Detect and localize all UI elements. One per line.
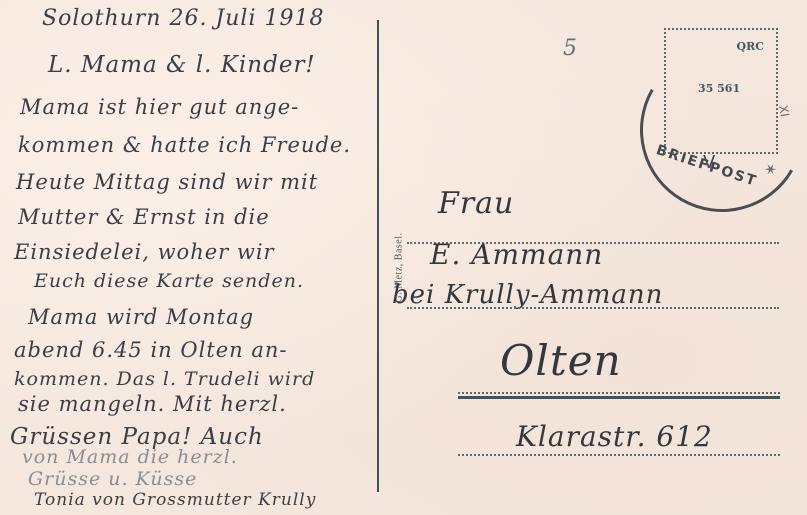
message-line: Tonia von Grossmutter Krully	[34, 490, 316, 510]
address-line-5: Klarastr. 612	[516, 420, 713, 453]
address-dotted-line	[458, 392, 780, 394]
message-line: Einsiedelei, woher wir	[14, 240, 275, 264]
salutation: L. Mama & l. Kinder!	[48, 52, 316, 78]
message-line: Euch diese Karte senden.	[34, 270, 304, 292]
message-line: kommen. Das l. Trudeli wird	[14, 368, 315, 390]
message-line: sie mangeln. Mit herzl.	[18, 392, 287, 416]
message-line: Grüsse u. Küsse	[28, 468, 197, 490]
center-divider	[377, 20, 379, 492]
stamp-number: 35 561	[698, 82, 740, 95]
rate-mark: 5	[563, 36, 577, 61]
address-dotted-line	[407, 307, 779, 309]
stamp-code: QRC	[737, 40, 764, 53]
address-line-2: E. Ammann	[430, 238, 603, 271]
message-line: kommen & hatte ich Freude.	[18, 133, 351, 157]
address-dotted-line	[458, 454, 780, 456]
postmark-side-text: XI	[776, 104, 792, 118]
message-line: Mama ist hier gut ange-	[20, 95, 299, 119]
message-line: abend 6.45 in Olten an-	[14, 338, 288, 362]
message-line: von Mama die herzl.	[22, 446, 238, 468]
stamp-box: QRC 35 561	[664, 28, 778, 154]
message-line: Heute Mittag sind wir mit	[16, 170, 318, 194]
place-date: Solothurn 26. Juli 1918	[42, 6, 324, 31]
address-line-1: Frau	[438, 186, 514, 221]
address-solid-line	[458, 396, 780, 399]
postcard-back: Solothurn 26. Juli 1918 L. Mama & l. Kin…	[0, 0, 807, 515]
postmark-mark: V	[703, 152, 715, 173]
message-line: Mutter & Ernst in die	[18, 205, 270, 229]
address-line-3: bei Krully-Ammann	[392, 280, 663, 310]
message-line: Mama wird Montag	[28, 305, 254, 329]
address-line-4: Olten	[500, 336, 622, 385]
